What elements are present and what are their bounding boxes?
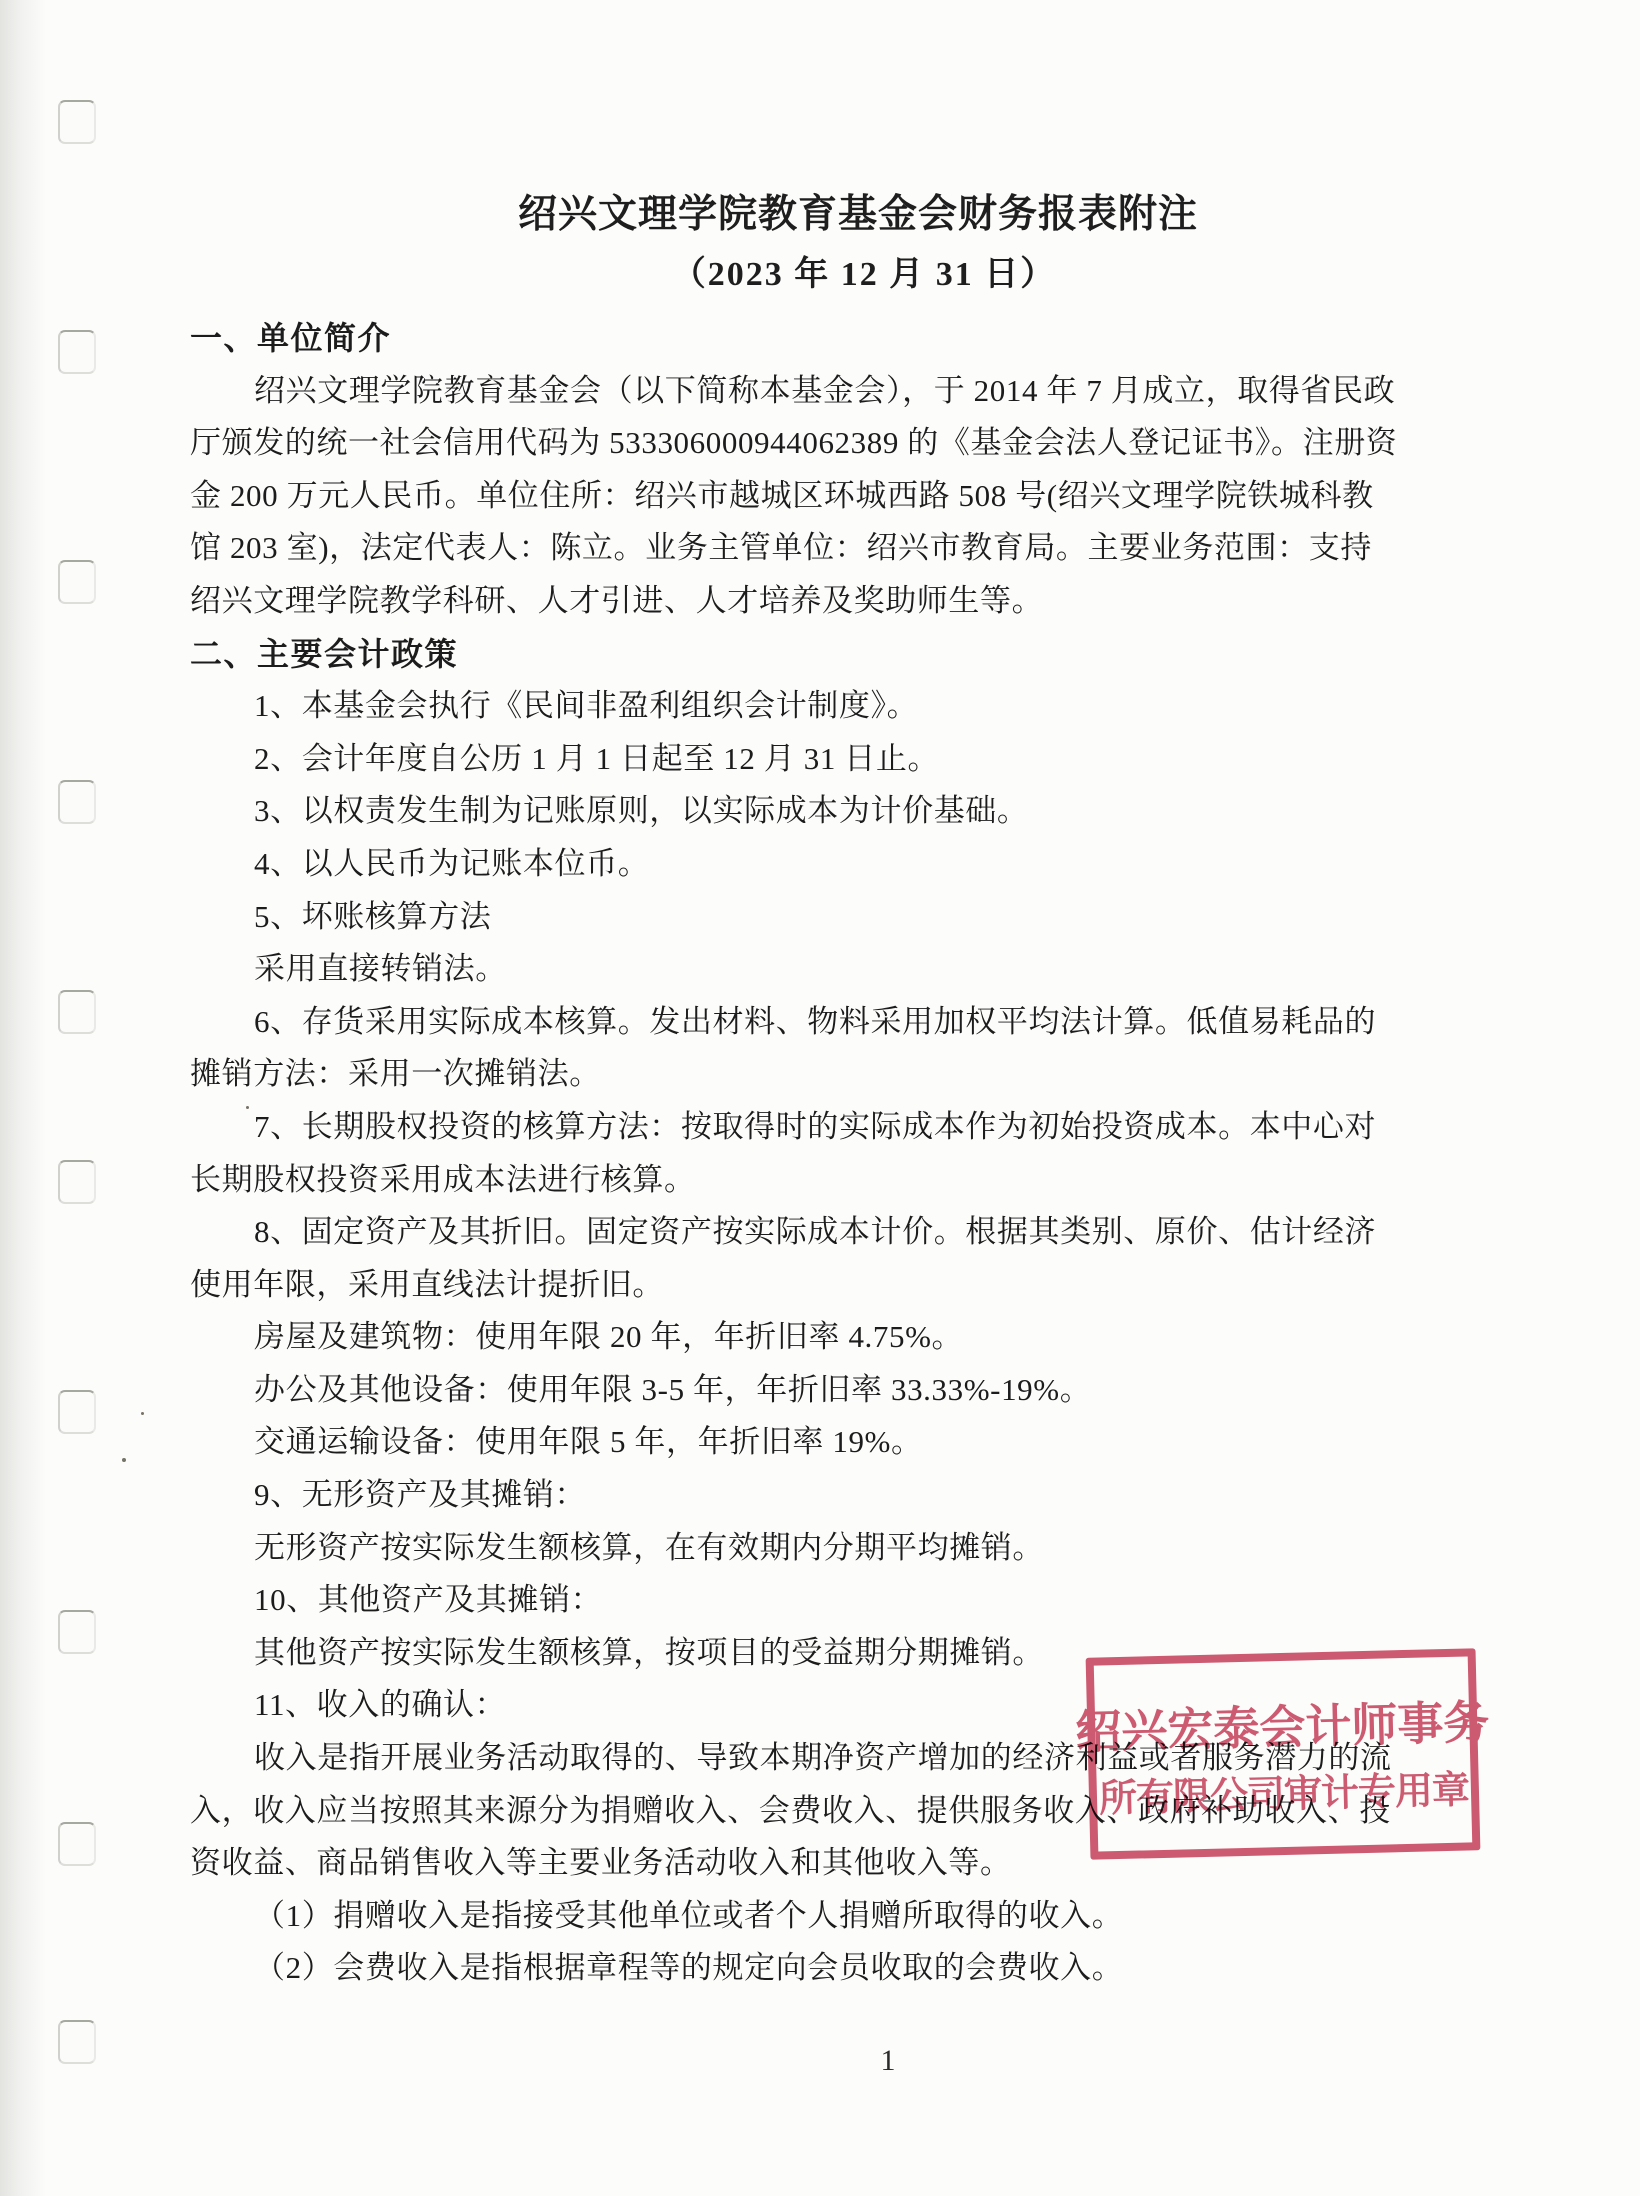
text-line: 馆 203 室)，法定代表人：陈立。业务主管单位：绍兴市教育局。主要业务范围：支… [190, 522, 1470, 575]
text-line: （2）会费收入是指根据章程等的规定向会员收取的会费收入。 [190, 1942, 1470, 1995]
text-line: 3、以权责发生制为记账原则，以实际成本为计价基础。 [190, 785, 1470, 838]
text-line: 6、存货采用实际成本核算。发出材料、物料采用加权平均法计算。低值易耗品的 [190, 996, 1470, 1049]
text-line: 10、其他资产及其摊销： [190, 1574, 1470, 1627]
text-line: 金 200 万元人民币。单位住所：绍兴市越城区环城西路 508 号(绍兴文理学院… [190, 470, 1470, 523]
text-line: 房屋及建筑物：使用年限 20 年，年折旧率 4.75%。 [190, 1311, 1470, 1364]
text-line: 办公及其他设备：使用年限 3-5 年，年折旧率 33.33%-19%。 [190, 1364, 1470, 1417]
text-line: 8、固定资产及其折旧。固定资产按实际成本计价。根据其类别、原价、估计经济 [190, 1206, 1470, 1259]
text-line: 绍兴文理学院教学科研、人才引进、人才培养及奖助师生等。 [190, 575, 1470, 628]
paper-speck [122, 1458, 126, 1462]
binding-mark [58, 2020, 96, 2064]
binding-mark [58, 1160, 96, 1204]
text-line: （1）捐赠收入是指接受其他单位或者个人捐赠所取得的收入。 [190, 1890, 1470, 1943]
text-line: 4、以人民币为记账本位币。 [190, 838, 1470, 891]
text-line: 5、坏账核算方法 [190, 891, 1470, 944]
stamp-text-line-1: 绍兴宏泰会计师事务 [1075, 1685, 1490, 1761]
page-edge-shadow [0, 0, 46, 2196]
text-line: 绍兴文理学院教育基金会（以下简称本基金会），于 2014 年 7 月成立，取得省… [190, 365, 1470, 418]
stamp-text-line-2: 所有限公司审计专用章 [1098, 1758, 1469, 1822]
binding-mark [58, 1390, 96, 1434]
text-line: 采用直接转销法。 [190, 943, 1470, 996]
report-date: （2023 年 12 月 31 日） [228, 246, 1500, 295]
section-heading: 一、单位简介 [190, 312, 1470, 365]
text-line: 无形资产按实际发生额核算，在有效期内分期平均摊销。 [190, 1522, 1470, 1575]
paper-speck [246, 1106, 249, 1109]
text-line: 厅颁发的统一社会信用代码为 533306000944062389 的《基金会法人… [190, 417, 1470, 470]
text-line: 摊销方法：采用一次摊销法。 [190, 1048, 1470, 1101]
binding-mark [58, 330, 96, 374]
page-title: 绍兴文理学院教育基金会财务报表附注 [222, 183, 1494, 239]
text-line: 1、本基金会执行《民间非盈利组织会计制度》。 [190, 680, 1470, 733]
text-line: 2、会计年度自公历 1 月 1 日起至 12 月 31 日止。 [190, 733, 1470, 786]
binding-mark [58, 1610, 96, 1654]
section-heading: 二、主要会计政策 [190, 628, 1470, 681]
binding-mark [58, 780, 96, 824]
text-line: 使用年限，采用直线法计提折旧。 [190, 1259, 1470, 1312]
text-line: 7、长期股权投资的核算方法：按取得时的实际成本作为初始投资成本。本中心对 [190, 1101, 1470, 1154]
text-line: 长期股权投资采用成本法进行核算。 [190, 1154, 1470, 1207]
paper-speck [141, 1412, 144, 1415]
binding-mark [58, 560, 96, 604]
audit-stamp: 绍兴宏泰会计师事务 所有限公司审计专用章 [1086, 1648, 1481, 1859]
binding-mark [58, 1822, 96, 1866]
binding-mark [58, 100, 96, 144]
text-line: 9、无形资产及其摊销： [190, 1469, 1470, 1522]
text-line: 交通运输设备：使用年限 5 年，年折旧率 19%。 [190, 1416, 1470, 1469]
page-number: 1 [252, 2044, 1524, 2078]
binding-mark [58, 990, 96, 1034]
